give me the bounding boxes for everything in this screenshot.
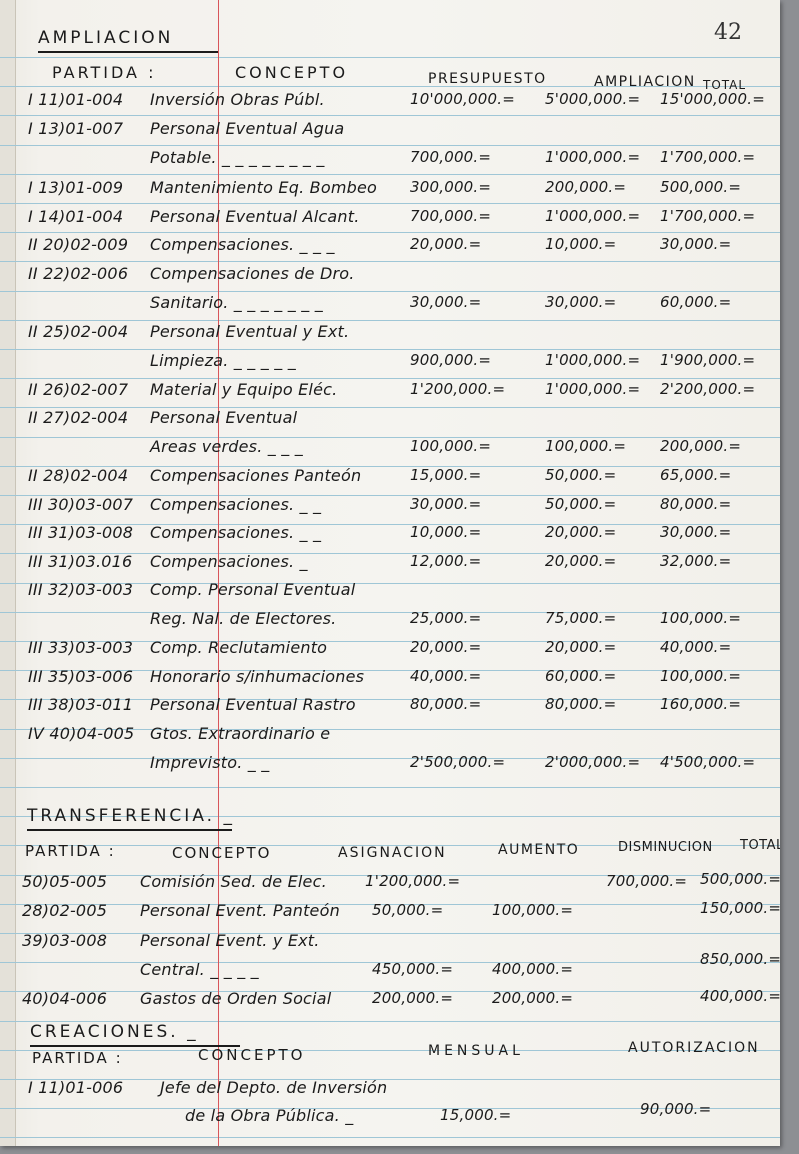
header-presupuesto: PRESUPUESTO xyxy=(428,71,547,87)
row-presupuesto: 20,000.= xyxy=(410,235,481,253)
transfer-row-concepto: Gastos de Orden Social xyxy=(140,989,331,1008)
row-concepto-cont: Reg. Nal. de Electores. xyxy=(150,609,336,628)
row-partida: II 25)02-004 xyxy=(28,322,128,341)
row-ampliacion: 30,000.= xyxy=(545,293,616,311)
row-partida: III 32)03-003 xyxy=(28,580,133,599)
transfer-row-partida: 40)04-006 xyxy=(22,989,107,1008)
transfer-row-partida: 28)02-005 xyxy=(22,901,107,920)
row-presupuesto: 900,000.= xyxy=(410,351,491,369)
ruled-line xyxy=(0,203,780,204)
row-ampliacion: 5'000,000.= xyxy=(545,90,640,108)
ruled-line xyxy=(0,261,780,262)
row-presupuesto: 12,000.= xyxy=(410,552,481,570)
transfer-row-total: 400,000.= xyxy=(700,987,780,1005)
row-ampliacion: 200,000.= xyxy=(545,178,626,196)
transfer-row-total: 850,000.= xyxy=(700,950,780,968)
ruled-line xyxy=(0,933,780,934)
row-concepto-cont: Potable. _ _ _ _ _ _ _ _ xyxy=(150,148,325,167)
row-presupuesto: 10'000,000.= xyxy=(410,90,515,108)
transfer-row-concepto: Comisión Sed. de Elec. xyxy=(140,872,327,891)
transfer-row-asignacion: 50,000.= xyxy=(372,901,443,919)
row-concepto: Material y Equipo Eléc. xyxy=(150,380,337,399)
row-partida: I 13)01-009 xyxy=(28,178,123,197)
row-partida: III 33)03-003 xyxy=(28,638,133,657)
row-concepto-cont: Imprevisto. _ _ xyxy=(150,753,269,772)
creaciones-header-autorizacion: AUTORIZACION xyxy=(628,1040,760,1056)
section-title-transferencia: TRANSFERENCIA. _ xyxy=(27,806,232,831)
binding-strip xyxy=(0,0,16,1146)
creacion-row-autorizacion: 90,000.= xyxy=(640,1100,711,1118)
row-presupuesto: 30,000.= xyxy=(410,495,481,513)
row-total: 15'000,000.= xyxy=(660,90,765,108)
notebook-page: 42 AMPLIACION PARTIDA : CONCEPTO PRESUPU… xyxy=(0,0,780,1146)
row-concepto: Personal Eventual Agua xyxy=(150,119,344,138)
ruled-line xyxy=(0,145,780,146)
row-partida: II 28)02-004 xyxy=(28,466,128,485)
ruled-line xyxy=(0,320,780,321)
row-ampliacion: 100,000.= xyxy=(545,437,626,455)
row-concepto: Personal Eventual xyxy=(150,408,297,427)
header-partida: PARTIDA : xyxy=(52,63,156,82)
ruled-line xyxy=(0,1137,780,1138)
row-concepto-cont: Areas verdes. _ _ _ xyxy=(150,437,303,456)
creaciones-header-mensual: MENSUAL xyxy=(428,1043,524,1059)
transfer-row-total: 150,000.= xyxy=(700,899,780,917)
row-ampliacion: 1'000,000.= xyxy=(545,380,640,398)
row-partida: II 26)02-007 xyxy=(28,380,128,399)
row-concepto: Mantenimiento Eq. Bombeo xyxy=(150,178,377,197)
creaciones-header-concepto: CONCEPTO xyxy=(198,1046,305,1064)
row-total: 60,000.= xyxy=(660,293,731,311)
row-total: 500,000.= xyxy=(660,178,741,196)
row-total: 100,000.= xyxy=(660,609,741,627)
transfer-row-concepto: Personal Event. Panteón xyxy=(140,901,340,920)
row-presupuesto: 700,000.= xyxy=(410,148,491,166)
row-partida: III 31)03.016 xyxy=(28,552,132,571)
row-ampliacion: 10,000.= xyxy=(545,235,616,253)
row-presupuesto: 20,000.= xyxy=(410,638,481,656)
ruled-line xyxy=(0,174,780,175)
creacion-row-concepto: Jefe del Depto. de Inversión xyxy=(160,1078,387,1097)
row-ampliacion: 50,000.= xyxy=(545,466,616,484)
row-total: 30,000.= xyxy=(660,523,731,541)
row-partida: I 11)01-004 xyxy=(28,90,123,109)
row-presupuesto: 300,000.= xyxy=(410,178,491,196)
header-concepto: CONCEPTO xyxy=(235,63,348,82)
row-total: 65,000.= xyxy=(660,466,731,484)
transfer-row-partida: 50)05-005 xyxy=(22,872,107,891)
row-presupuesto: 40,000.= xyxy=(410,667,481,685)
row-total: 80,000.= xyxy=(660,495,731,513)
transfer-row-aumento: 400,000.= xyxy=(492,960,573,978)
row-partida: III 35)03-006 xyxy=(28,667,133,686)
row-partida: III 30)03-007 xyxy=(28,495,133,514)
row-ampliacion: 20,000.= xyxy=(545,523,616,541)
row-concepto: Personal Eventual Alcant. xyxy=(150,207,359,226)
row-concepto-cont: Sanitario. _ _ _ _ _ _ _ xyxy=(150,293,323,312)
row-ampliacion: 75,000.= xyxy=(545,609,616,627)
row-total: 160,000.= xyxy=(660,695,741,713)
row-ampliacion: 2'000,000.= xyxy=(545,753,640,771)
ruled-line xyxy=(0,787,780,788)
row-concepto: Compensaciones. _ _ _ xyxy=(150,235,335,254)
row-presupuesto: 80,000.= xyxy=(410,695,481,713)
section-title-creaciones: CREACIONES. _ xyxy=(30,1022,240,1047)
ruled-line xyxy=(0,232,780,233)
row-total: 4'500,000.= xyxy=(660,753,755,771)
ruled-line xyxy=(0,57,780,58)
row-partida: II 22)02-006 xyxy=(28,264,128,283)
transfer-header-asignacion: ASIGNACION xyxy=(338,845,447,861)
creacion-row-concepto-cont: de la Obra Pública. _ xyxy=(185,1106,353,1125)
row-ampliacion: 50,000.= xyxy=(545,495,616,513)
row-concepto-cont: Limpieza. _ _ _ _ _ xyxy=(150,351,296,370)
row-partida: I 13)01-007 xyxy=(28,119,123,138)
transfer-row-concepto-cont: Central. _ _ _ _ xyxy=(140,960,259,979)
row-presupuesto: 1'200,000.= xyxy=(410,380,505,398)
row-presupuesto: 2'500,000.= xyxy=(410,753,505,771)
row-total: 32,000.= xyxy=(660,552,731,570)
row-ampliacion: 20,000.= xyxy=(545,638,616,656)
row-concepto: Compensaciones. _ _ xyxy=(150,495,321,514)
ruled-line xyxy=(0,115,780,116)
row-ampliacion: 60,000.= xyxy=(545,667,616,685)
creacion-row-partida: I 11)01-006 xyxy=(28,1078,123,1097)
ruled-line xyxy=(0,291,780,292)
transfer-header-partida: PARTIDA : xyxy=(25,842,116,860)
row-ampliacion: 1'000,000.= xyxy=(545,207,640,225)
row-concepto: Gtos. Extraordinario e xyxy=(150,724,330,743)
row-presupuesto: 15,000.= xyxy=(410,466,481,484)
creacion-row-mensual: 15,000.= xyxy=(440,1106,511,1124)
row-partida: III 38)03-011 xyxy=(28,695,133,714)
row-presupuesto: 30,000.= xyxy=(410,293,481,311)
ruled-line xyxy=(0,349,780,350)
row-presupuesto: 10,000.= xyxy=(410,523,481,541)
transfer-row-concepto: Personal Event. y Ext. xyxy=(140,931,320,950)
row-ampliacion: 80,000.= xyxy=(545,695,616,713)
row-partida: II 27)02-004 xyxy=(28,408,128,427)
row-concepto: Personal Eventual Rastro xyxy=(150,695,356,714)
row-presupuesto: 25,000.= xyxy=(410,609,481,627)
row-presupuesto: 100,000.= xyxy=(410,437,491,455)
row-total: 2'200,000.= xyxy=(660,380,755,398)
row-concepto: Personal Eventual y Ext. xyxy=(150,322,349,341)
transfer-row-disminucion: 700,000.= xyxy=(606,872,687,890)
row-concepto: Compensaciones. _ _ xyxy=(150,523,321,542)
row-total: 200,000.= xyxy=(660,437,741,455)
row-total: 100,000.= xyxy=(660,667,741,685)
ruled-line xyxy=(0,378,780,379)
page-number: 42 xyxy=(714,20,742,45)
transfer-row-aumento: 200,000.= xyxy=(492,989,573,1007)
row-partida: III 31)03-008 xyxy=(28,523,133,542)
creaciones-header-partida: PARTIDA : xyxy=(32,1049,123,1067)
row-partida: II 20)02-009 xyxy=(28,235,128,254)
row-ampliacion: 1'000,000.= xyxy=(545,148,640,166)
row-total: 30,000.= xyxy=(660,235,731,253)
transfer-row-aumento: 100,000.= xyxy=(492,901,573,919)
header-ampliacion: AMPLIACION xyxy=(594,74,696,90)
row-partida: I 14)01-004 xyxy=(28,207,123,226)
row-concepto: Honorario s/inhumaciones xyxy=(150,667,364,686)
row-total: 1'900,000.= xyxy=(660,351,755,369)
row-concepto: Comp. Personal Eventual xyxy=(150,580,355,599)
row-concepto: Compensaciones de Dro. xyxy=(150,264,355,283)
row-total: 1'700,000.= xyxy=(660,148,755,166)
row-ampliacion: 1'000,000.= xyxy=(545,351,640,369)
transfer-row-asignacion: 450,000.= xyxy=(372,960,453,978)
transfer-row-asignacion: 1'200,000.= xyxy=(365,872,460,890)
row-total: 1'700,000.= xyxy=(660,207,755,225)
row-concepto: Compensaciones Panteón xyxy=(150,466,361,485)
transfer-header-aumento: AUMENTO xyxy=(498,842,579,858)
transfer-header-total: TOTAL xyxy=(740,838,780,853)
section-title-ampliacion: AMPLIACION xyxy=(38,28,218,53)
row-ampliacion: 20,000.= xyxy=(545,552,616,570)
transfer-row-total: 500,000.= xyxy=(700,870,780,888)
row-concepto: Inversión Obras Públ. xyxy=(150,90,325,109)
transfer-row-partida: 39)03-008 xyxy=(22,931,107,950)
row-concepto: Comp. Reclutamiento xyxy=(150,638,327,657)
transfer-header-disminucion: DISMINUCION xyxy=(618,840,713,855)
row-partida: IV 40)04-005 xyxy=(28,724,134,743)
transfer-row-asignacion: 200,000.= xyxy=(372,989,453,1007)
row-total: 40,000.= xyxy=(660,638,731,656)
transfer-header-concepto: CONCEPTO xyxy=(172,844,271,862)
row-presupuesto: 700,000.= xyxy=(410,207,491,225)
row-concepto: Compensaciones. _ xyxy=(150,552,308,571)
